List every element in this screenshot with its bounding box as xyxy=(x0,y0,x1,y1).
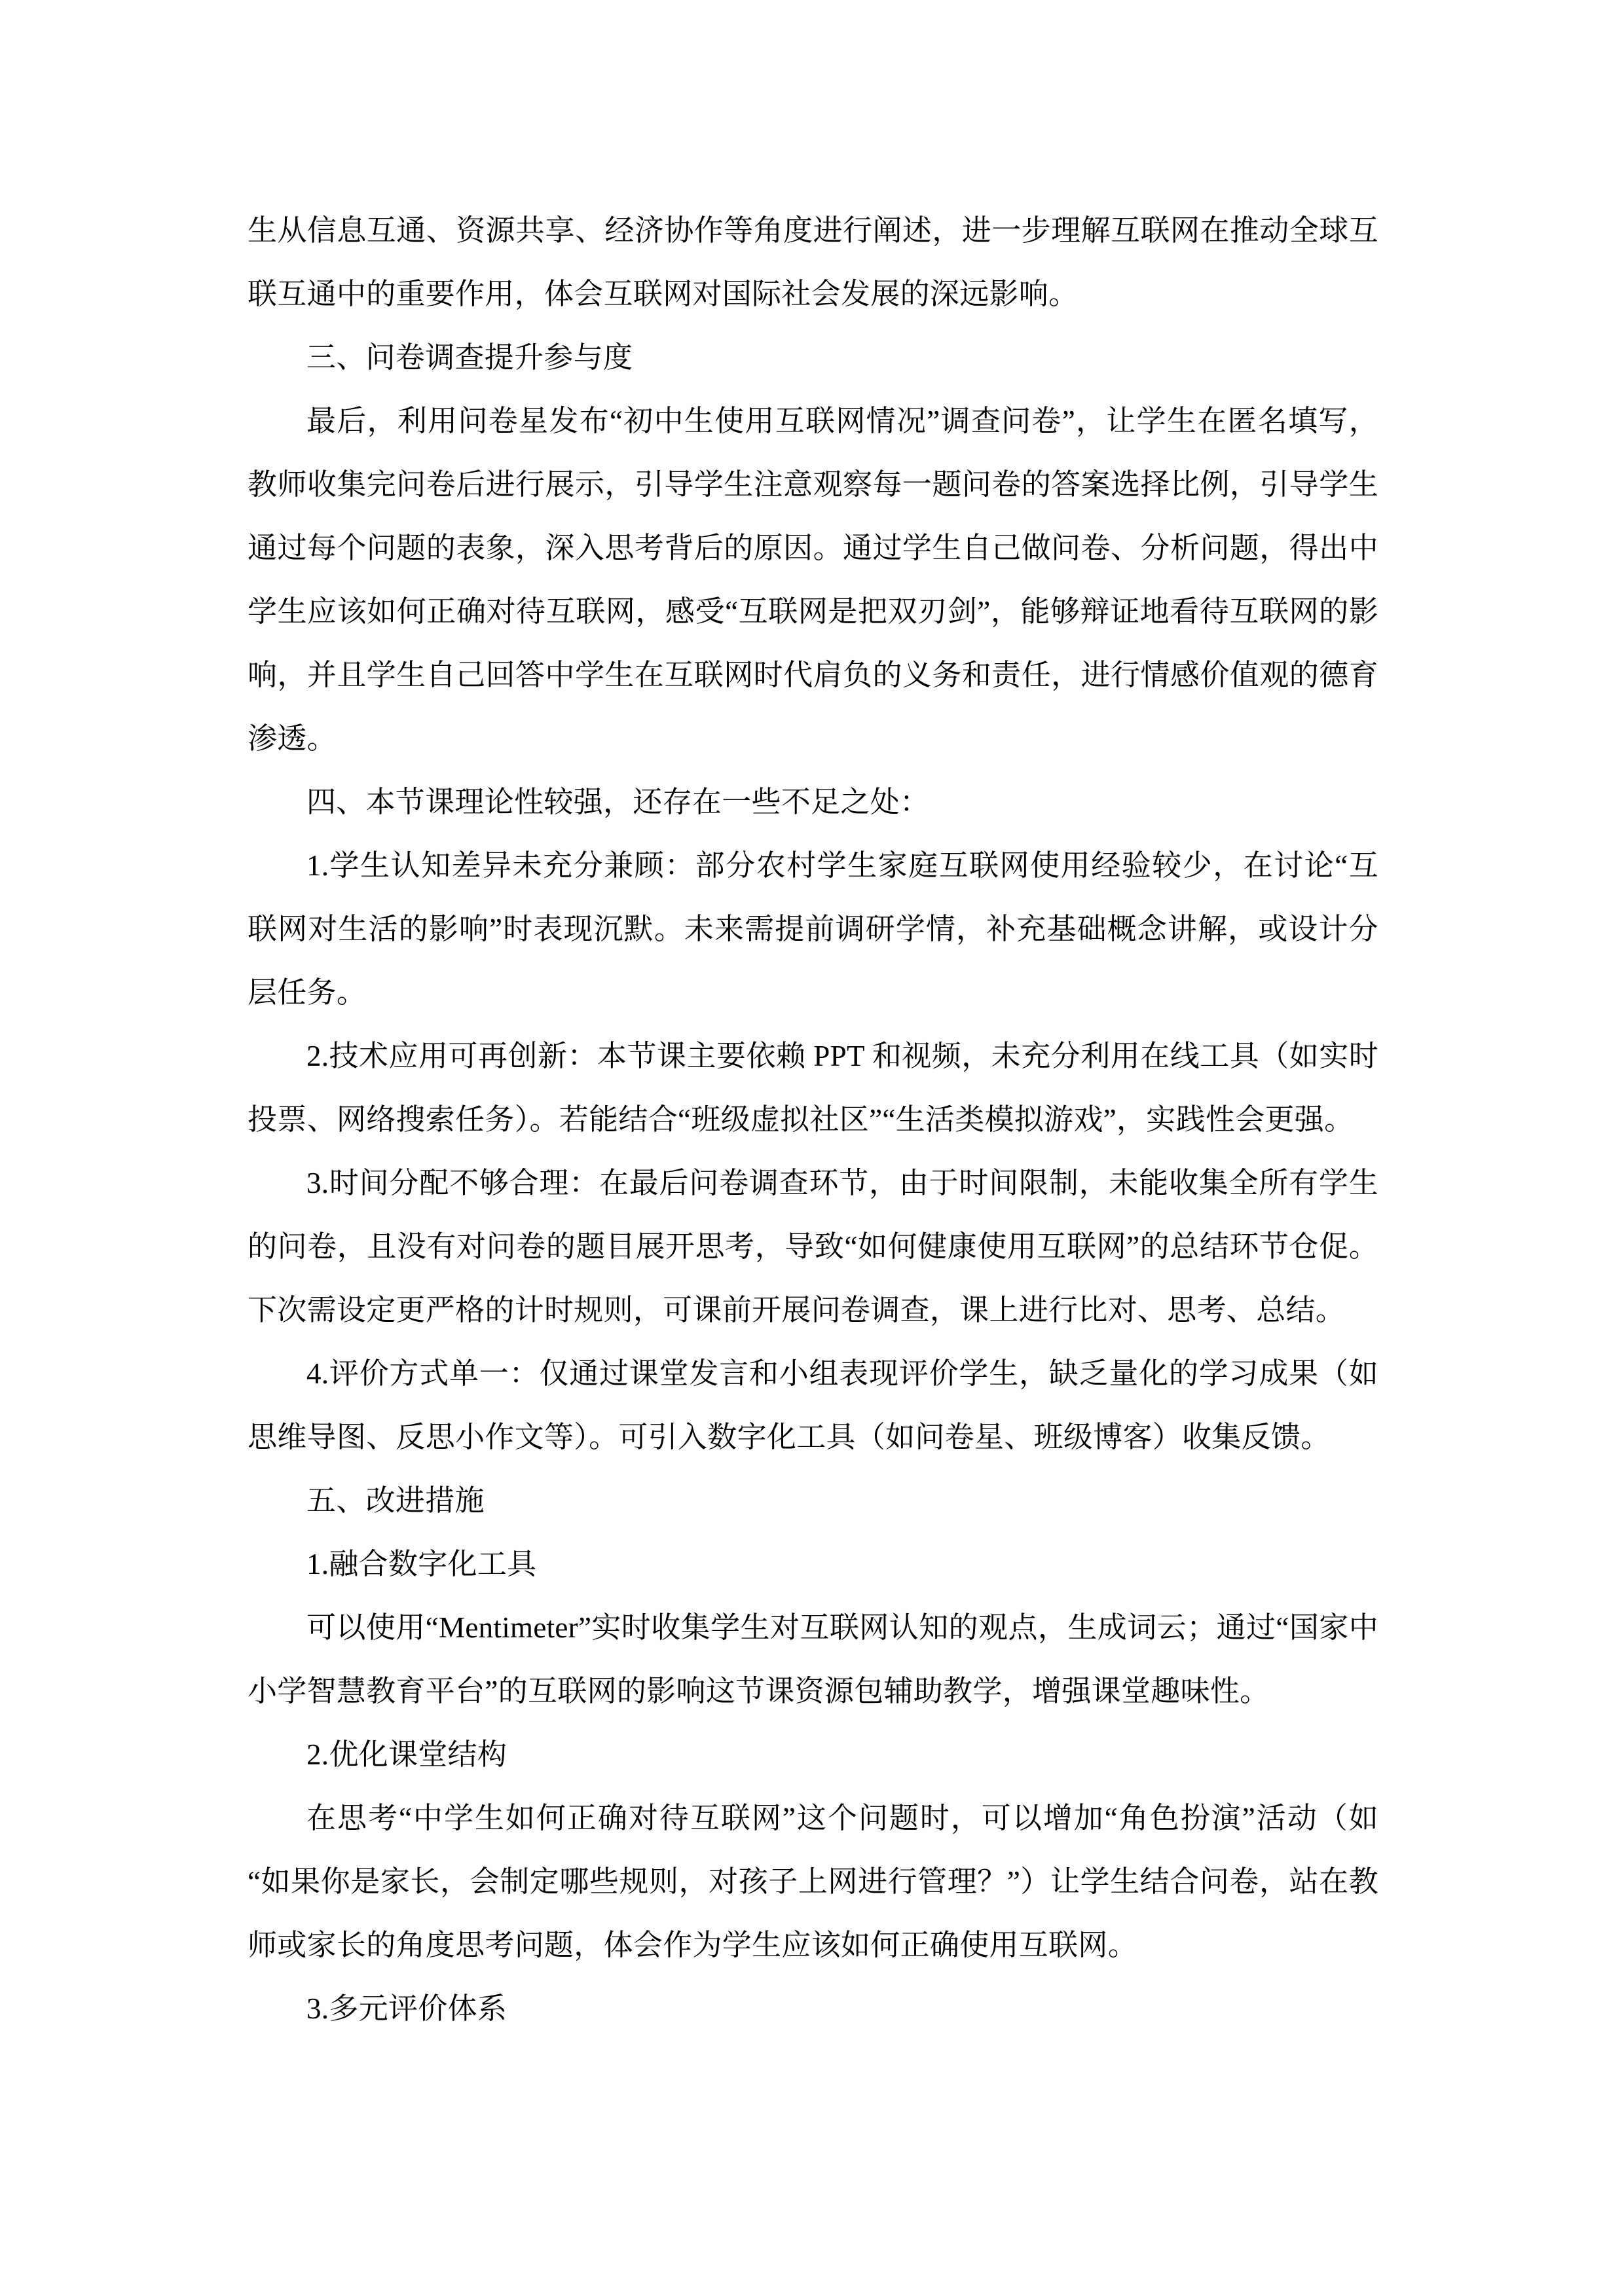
paragraph: 可以使用“Mentimeter”实时收集学生对互联网认知的观点，生成词云；通过“… xyxy=(248,1596,1378,1723)
paragraph: 2.优化课堂结构 xyxy=(248,1723,1378,1787)
paragraph: 1.融合数字化工具 xyxy=(248,1533,1378,1596)
paragraph: 3.时间分配不够合理：在最后问卷调查环节，由于时间限制，未能收集全所有学生的问卷… xyxy=(248,1152,1378,1342)
paragraph: 1.学生认知差异未充分兼顾：部分农村学生家庭互联网使用经验较少，在讨论“互联网对… xyxy=(248,834,1378,1025)
paragraph: 最后，利用问卷星发布“初中生使用互联网情况”调查问卷”，让学生在匿名填写，教师收… xyxy=(248,390,1378,771)
paragraph: 3.多元评价体系 xyxy=(248,1977,1378,2041)
paragraph: 三、问卷调查提升参与度 xyxy=(248,326,1378,390)
document-page: 生从信息互通、资源共享、经济协作等角度进行阐述，进一步理解互联网在推动全球互联互… xyxy=(0,0,1624,2296)
paragraph: 2.技术应用可再创新：本节课主要依赖 PPT 和视频，未充分利用在线工具（如实时… xyxy=(248,1025,1378,1152)
paragraph: 在思考“中学生如何正确对待互联网”这个问题时，可以增加“角色扮演”活动（如“如果… xyxy=(248,1787,1378,1977)
document-text-block: 生从信息互通、资源共享、经济协作等角度进行阐述，进一步理解互联网在推动全球互联互… xyxy=(248,199,1378,2041)
paragraph: 五、改进措施 xyxy=(248,1469,1378,1533)
paragraph: 4.评价方式单一：仅通过课堂发言和小组表现评价学生，缺乏量化的学习成果（如思维导… xyxy=(248,1342,1378,1469)
paragraph: 生从信息互通、资源共享、经济协作等角度进行阐述，进一步理解互联网在推动全球互联互… xyxy=(248,199,1378,326)
paragraph: 四、本节课理论性较强，还存在一些不足之处： xyxy=(248,771,1378,834)
